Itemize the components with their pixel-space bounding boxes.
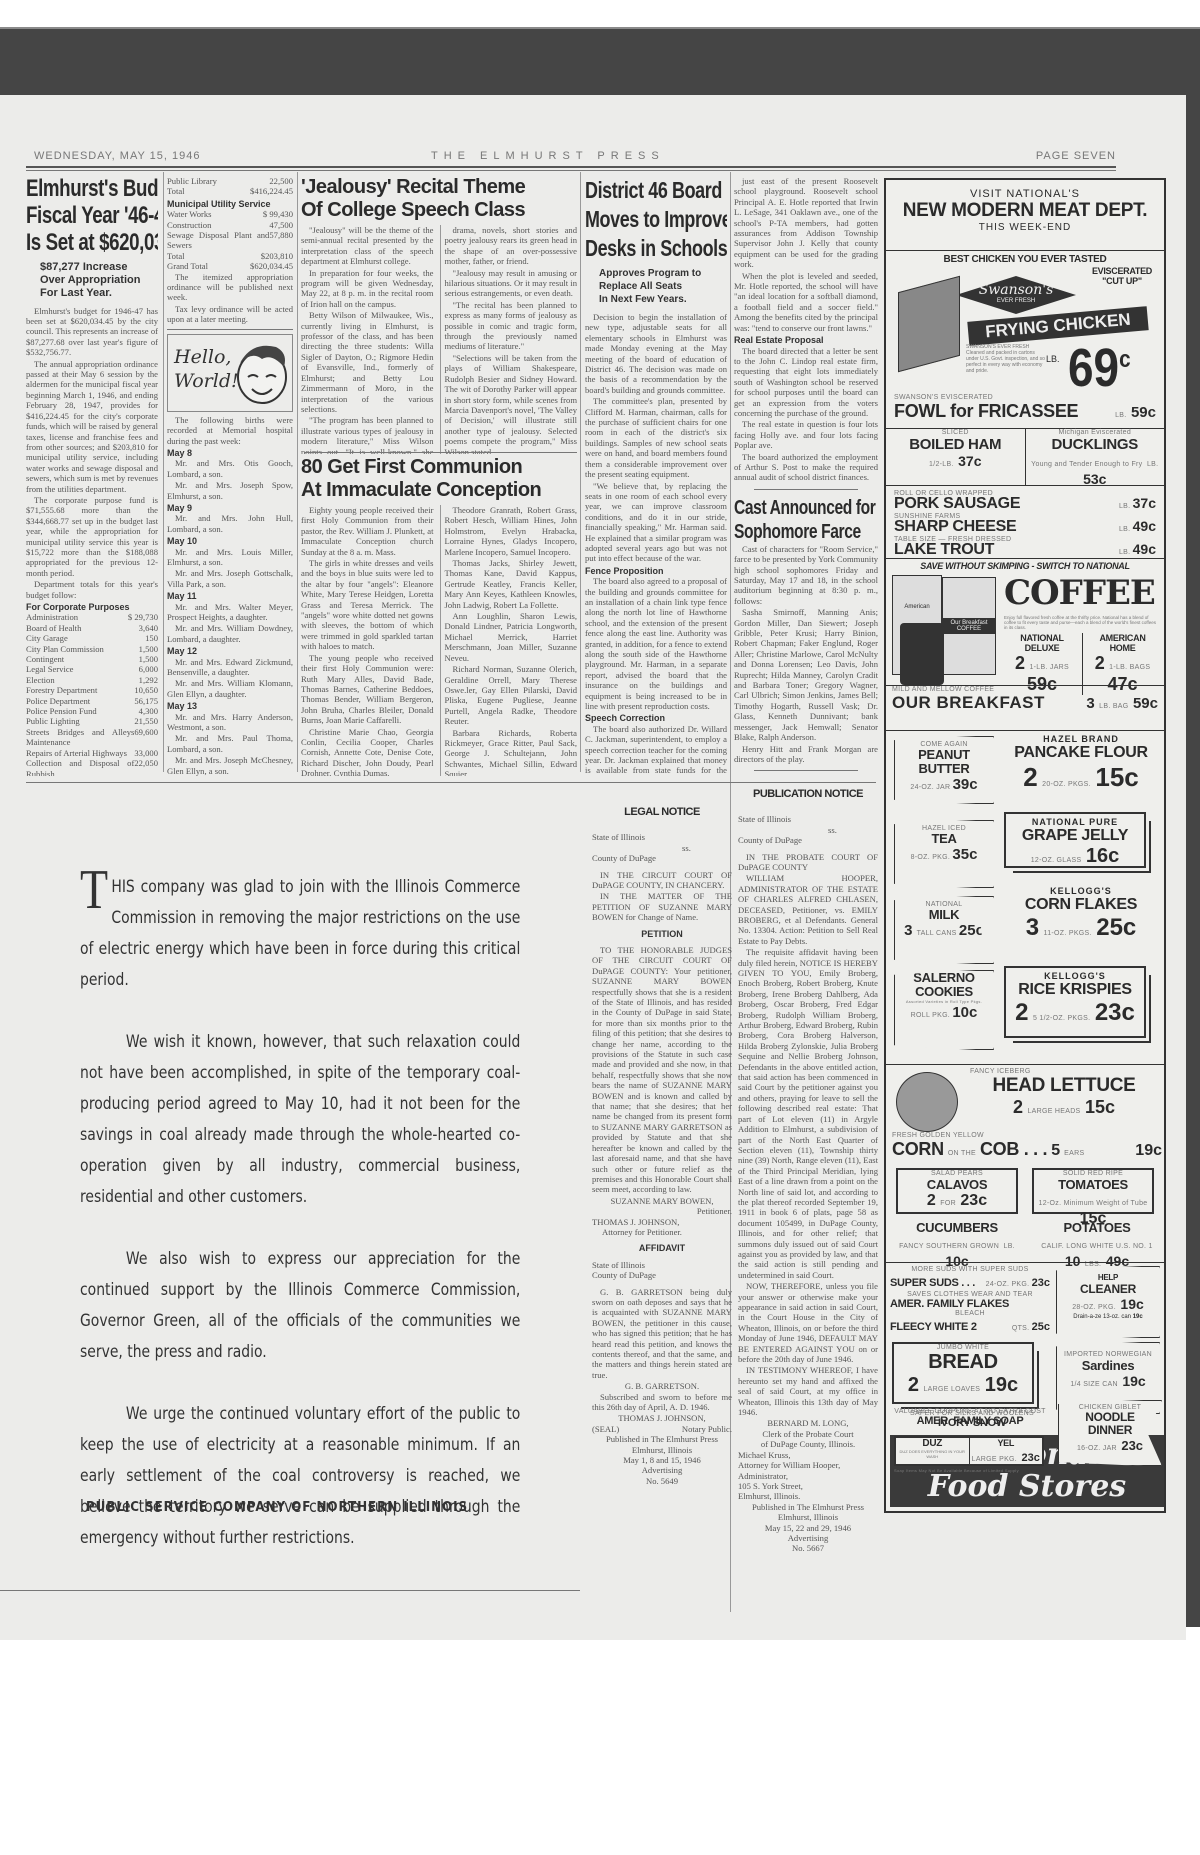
- meat-unit: LB.: [1119, 503, 1133, 510]
- row-label: Legal Service: [26, 664, 73, 674]
- national-food-stores-ad: VISIT NATIONAL'S NEW MODERN MEAT DEPT. T…: [884, 178, 1166, 1513]
- birth-entry: Mr. and Mrs. Joseph Spow, Elmhurst, a so…: [167, 480, 293, 501]
- grape-jelly-item: NATIONAL PURE GRAPE JELLY 12-OZ. GLASS 1…: [1004, 812, 1146, 868]
- noodle-dinner-item: CHICKEN GIBLET NOODLE DINNER 16-OZ. JAR …: [1058, 1400, 1162, 1466]
- flag-name: TEA: [895, 832, 993, 846]
- budget-row: Total$416,224.45: [167, 186, 293, 196]
- flag-name: COOKIES: [895, 985, 993, 999]
- row-amount: 3,640: [139, 623, 158, 633]
- row-amount: 57,880: [269, 230, 293, 251]
- budget-row: City Plan Commission1,500: [26, 644, 158, 654]
- budget-row: Grand Total$620,034.45: [167, 261, 293, 271]
- soap-label: BLEACH: [890, 1310, 1050, 1317]
- row-label: Election: [26, 675, 55, 685]
- budget-row: Police Department56,175: [26, 696, 158, 706]
- budget-continued: Public Library22,500Total$416,224.45 Mun…: [167, 176, 293, 776]
- meat-price: 49c: [1133, 518, 1156, 534]
- corn-flakes-item: KELLOGG'S CORN FLAKES 3 11-OZ. PKGS. 25c: [996, 886, 1166, 942]
- pancake-flour-item: HAZEL BRAND PANCAKE FLOUR 2 20-OZ. PKGS.…: [996, 734, 1166, 793]
- budget-row: Construction47,500: [167, 220, 293, 230]
- soap-unit: 24-OZ. PKG.: [986, 1281, 1032, 1288]
- flag-item: SALERNOCOOKIESAssorted Varieties in Roll…: [894, 970, 994, 1050]
- corn-item: FRESH GOLDEN YELLOW CORN ON THE COB . . …: [892, 1132, 1162, 1160]
- birth-entry: Mr. and Mrs. William Klomann, Glen Ellyn…: [167, 678, 293, 699]
- meat-price: 37c: [1133, 495, 1156, 511]
- row-label: Contingent: [26, 654, 64, 664]
- cucumbers-potatoes-row: CUCUMBERS FANCY SOUTHERN GROWN LB. 10c P…: [886, 1220, 1164, 1260]
- potatoes-item: POTATOES CALIF. LONG WHITE U.S. NO. 1 10…: [1032, 1220, 1162, 1271]
- coffee-promo: SAVE WITHOUT SKIMPING - SWITCH TO NATION…: [886, 558, 1164, 728]
- bread-item: JUMBO WHITE BREAD 2 LARGE LOAVES 19c: [892, 1342, 1034, 1404]
- soap-row: FLEECY WHITE 2QTS. 25c: [890, 1317, 1050, 1335]
- flag-name: PEANUT: [895, 748, 993, 762]
- jealousy-headline: 'Jealousy' Recital Theme Of College Spee…: [301, 176, 577, 222]
- head-lettuce-item: FANCY ICEBERG HEAD LETTUCE 2 LARGE HEADS…: [966, 1068, 1162, 1118]
- coffee-title: COFFEE: [1004, 573, 1155, 613]
- soap-list: MORE SUDS WITH SUPER SUDSSUPER SUDS . . …: [890, 1266, 1050, 1335]
- row-label: Public Library: [167, 176, 217, 186]
- budget-headline: Elmhurst's Budget Fiscal Year '46-47- Is…: [26, 176, 129, 257]
- newspaper-name: THE ELMHURST PRESS: [431, 150, 665, 162]
- meat-list: ROLL OR CELLO WRAPPEDPORK SAUSAGELB. 37c…: [886, 490, 1164, 559]
- utility-budget-table: Water Works$ 99,430Construction47,500Sew…: [167, 209, 293, 271]
- row-amount: $416,224.45: [250, 186, 293, 196]
- soap-item: SAVES CLOTHES WEAR AND TEARAMER. FAMILY …: [890, 1291, 1050, 1310]
- column-divider: [163, 172, 164, 772]
- meat-item: TABLE SIZE — FRESH DRESSEDLAKE TROUTLB. …: [894, 536, 1156, 559]
- meat-price: 49c: [1133, 541, 1156, 557]
- our-breakfast-coffee: MILD AND MELLOW COFFEE OUR BREAKFAST 3 L…: [886, 685, 1164, 713]
- budget-row: Administration$ 29,730: [26, 612, 158, 622]
- flag-name: BUTTER: [895, 762, 993, 776]
- jealousy-article: 'Jealousy' Recital Theme Of College Spee…: [301, 176, 577, 454]
- row-label: Water Works: [167, 209, 212, 219]
- row-amount: 1,292: [139, 675, 158, 685]
- row-amount: 4,300: [139, 706, 158, 716]
- row-amount: 22,050: [134, 758, 158, 776]
- row-label: Police Pension Fund: [26, 706, 97, 716]
- duz-yel-item: DUZ DUZ DOES EVERYTHING IN YOUR WASH YEL…: [894, 1436, 1044, 1466]
- budget-row: Election1,292: [26, 675, 158, 685]
- birth-entry: Mr. and Mrs. William Dowdney, Lombard, a…: [167, 623, 293, 644]
- row-label: Sewage Disposal Plant and Sewers: [167, 230, 269, 251]
- communion-headline: 80 Get First Communion At Immaculate Con…: [301, 456, 577, 502]
- flag-price: 39c: [953, 776, 978, 793]
- coffee-jars-image: American Our BreakfastCOFFEE: [892, 575, 992, 685]
- row-amount: 150: [145, 633, 158, 643]
- row-amount: 6,000: [139, 664, 158, 674]
- flag-unit: ROLL PKG.: [911, 1012, 953, 1019]
- corporate-heading: For Corporate Purposes: [26, 602, 158, 612]
- flag-item: COME AGAINPEANUTBUTTER24-OZ. JAR 39c: [894, 736, 994, 804]
- flag-item: HAZEL ICEDTEA8-OZ. PKG. 35c: [894, 820, 994, 888]
- row-amount: $ 99,430: [263, 209, 293, 219]
- row-amount: 69,600: [134, 727, 158, 748]
- soap-row: SUPER SUDS . . .24-OZ. PKG. 23c: [890, 1273, 1050, 1291]
- meat-price-group: LB. 49c: [1119, 541, 1156, 559]
- flag-price-row: 3 TALL CANS 25c: [895, 922, 993, 940]
- flag-unit: 24-OZ. JAR: [910, 784, 952, 791]
- row-label: Streets Bridges and Alleys Maintenance: [26, 727, 134, 748]
- district-headline: District 46 Board Moves to Improve Desks…: [585, 176, 696, 263]
- birth-entry: Mr. and Mrs. Paul Thoma, Lombard, a son.: [167, 733, 293, 754]
- meat-row: PORK SAUSAGELB. 37c: [894, 495, 1156, 513]
- row-label: Total: [167, 251, 185, 261]
- district-continued: just east of the present Roosevelt schoo…: [734, 176, 878, 776]
- row-amount: $203,810: [261, 251, 293, 261]
- row-amount: 33,000: [134, 748, 158, 758]
- birth-entry: Mr. and Mrs. Harry Anderson, Westmont, a…: [167, 712, 293, 733]
- drop-cap: T: [80, 870, 108, 910]
- row-label: Collection and Disposal of Rubbish: [26, 758, 134, 776]
- birth-entry: Mr. and Mrs. John Hull, Lombard, a son.: [167, 513, 293, 534]
- budget-deck: $87,277 Increase Over Appropriation For …: [40, 261, 158, 300]
- births-list: May 8Mr. and Mrs. Otis Gooch, Lombard, a…: [167, 448, 293, 776]
- birth-entry: Mr. and Mrs. Otis Gooch, Lombard, a son.: [167, 458, 293, 479]
- flag-name: MILK: [895, 908, 993, 922]
- budget-row: Water Works$ 99,430: [167, 209, 293, 219]
- birth-entry: Mr. and Mrs. Louis Miller, Elmhurst, a s…: [167, 547, 293, 568]
- row-label: City Plan Commission: [26, 644, 104, 654]
- utility-ad: THIS company was glad to join with the I…: [80, 872, 520, 1585]
- swanson-logo: Swanson's EVER FRESH: [956, 276, 1076, 314]
- section-divider: [26, 782, 876, 783]
- calavos-item: SALAD PEARS CALAVOS 2 FOR 23c: [896, 1168, 1018, 1214]
- birth-entry: Mr. and Mrs. Joseph McChesney, Glen Elly…: [167, 755, 293, 776]
- utility-heading: Municipal Utility Service: [167, 199, 293, 209]
- meat-row: LAKE TROUTLB. 49c: [894, 541, 1156, 559]
- column-divider: [580, 172, 581, 772]
- produce-section: FANCY ICEBERG HEAD LETTUCE 2 LARGE HEADS…: [886, 1068, 1164, 1218]
- budget-article: Elmhurst's Budget Fiscal Year '46-47- Is…: [26, 176, 158, 776]
- birth-entry: Mr. and Mrs. Edward Zickmund, Bensenvill…: [167, 657, 293, 678]
- flag-price-row: 8-OZ. PKG. 35c: [895, 846, 993, 864]
- budget-row: Collection and Disposal of Rubbish22,050: [26, 758, 158, 776]
- row-label: Public Lighting: [26, 716, 80, 726]
- row-amount: 21,550: [134, 716, 158, 726]
- row-label: Total: [167, 186, 185, 196]
- budget-row: Police Pension Fund4,300: [26, 706, 158, 716]
- meat-item: SUNSHINE FARMSSHARP CHEESELB. 49c: [894, 513, 1156, 536]
- birth-entry: Mr. and Mrs. Joseph Gottschalk, Villa Pa…: [167, 568, 293, 589]
- row-label: Board of Health: [26, 623, 81, 633]
- soap-price-group: QTS. 25c: [1012, 1317, 1050, 1335]
- communion-article: 80 Get First Communion At Immaculate Con…: [301, 456, 577, 776]
- page-number: PAGE SEVEN: [1036, 150, 1116, 162]
- row-label: Repairs of Arterial Highways: [26, 748, 127, 758]
- budget-row: Public Lighting21,550: [26, 716, 158, 726]
- lettuce-image: [896, 1072, 958, 1132]
- masthead-rule-thin: [26, 170, 1116, 171]
- budget-row: City Garage150: [26, 633, 158, 643]
- budget-row: Public Library22,500: [167, 176, 293, 186]
- flag-item: NATIONALMILK3 TALL CANS 25c: [894, 896, 994, 964]
- soap-item: BLEACHFLEECY WHITE 2QTS. 25c: [890, 1310, 1050, 1335]
- library-total-table: Public Library22,500Total$416,224.45: [167, 176, 293, 197]
- budget-row: Streets Bridges and Alleys Maintenance69…: [26, 727, 158, 748]
- issue-date: WEDNESDAY, MAY 15, 1946: [34, 150, 200, 162]
- meat-price-group: LB. 49c: [1119, 518, 1156, 536]
- flag-price: 10c: [952, 1004, 977, 1021]
- flag-qty: 3: [904, 922, 917, 939]
- row-label: Grand Total: [167, 261, 208, 271]
- cast-headline: Cast Announced for Sophomore Farce: [734, 496, 846, 544]
- flag-name: SALERNO: [895, 971, 993, 985]
- budget-row: Contingent1,500: [26, 654, 158, 664]
- row-amount: 1,500: [139, 644, 158, 654]
- soap-name: SUPER SUDS . . .: [890, 1277, 975, 1289]
- row-amount: 56,175: [134, 696, 158, 706]
- cucumbers-item: CUCUMBERS FANCY SOUTHERN GROWN LB. 10c: [896, 1220, 1018, 1271]
- ham-ducklings-row: SLICED BOILED HAM 1/2-LB. 37c Michigan E…: [886, 428, 1164, 486]
- row-label: Police Department: [26, 696, 90, 706]
- budget-row: Repairs of Arterial Highways33,000: [26, 748, 158, 758]
- budget-row: Legal Service6,000: [26, 664, 158, 674]
- meat-unit: LB.: [1119, 549, 1133, 556]
- soap-price: 25c: [1032, 1321, 1050, 1333]
- meat-dept-header: VISIT NATIONAL'S NEW MODERN MEAT DEPT. T…: [886, 188, 1164, 233]
- bottom-rule: [0, 1590, 580, 1591]
- birth-date: May 11: [167, 591, 293, 601]
- row-label: Administration: [26, 612, 78, 622]
- column-divider: [297, 172, 298, 772]
- masthead-rule: [26, 166, 1116, 168]
- soap-label: MORE SUDS WITH SUPER SUDS: [890, 1266, 1050, 1273]
- legal-notice: LEGAL NOTICE State of Illinois ss. Count…: [592, 806, 732, 1626]
- soap-name: FLEECY WHITE 2: [890, 1321, 977, 1333]
- birth-date: May 10: [167, 536, 293, 546]
- row-label: Forestry Department: [26, 685, 97, 695]
- fowl-item: SWANSON'S EVISCERATED FOWL for FRICASSEE…: [886, 394, 1164, 422]
- row-amount: 22,500: [269, 176, 293, 186]
- section-divider: [305, 452, 577, 453]
- meat-unit: LB.: [1119, 526, 1133, 533]
- flag-price-row: ROLL PKG. 10c: [895, 1004, 993, 1022]
- district-deck: Approves Program to Replace All Seats In…: [599, 267, 727, 306]
- soap-row: AMER. FAMILY FLAKES: [890, 1298, 1050, 1310]
- meat-name: LAKE TROUT: [894, 541, 994, 559]
- budget-row: Board of Health3,640: [26, 623, 158, 633]
- district-article: District 46 Board Moves to Improve Desks…: [585, 176, 727, 776]
- flag-unit: 8-OZ. PKG.: [911, 854, 953, 861]
- birth-entry: Mr. and Mrs. Walter Meyer, Prospect Heig…: [167, 602, 293, 623]
- baby-face-icon: [232, 339, 290, 407]
- chicken-package-image: [898, 276, 960, 373]
- soap-price: 23c: [1032, 1277, 1050, 1289]
- meat-price-group: LB. 37c: [1119, 495, 1156, 513]
- row-amount: $620,034.45: [250, 261, 293, 271]
- meat-item: ROLL OR CELLO WRAPPEDPORK SAUSAGELB. 37c: [894, 490, 1156, 513]
- birth-date: May 12: [167, 646, 293, 656]
- soap-name: AMER. FAMILY FLAKES: [890, 1298, 1009, 1310]
- laundry-noodle-row: SAFER FOR SILKS AND WOOLENS IVORY SNOW D…: [888, 1414, 1166, 1474]
- soap-unit: QTS.: [1012, 1325, 1032, 1332]
- birth-date: May 13: [167, 701, 293, 711]
- soap-price-group: 24-OZ. PKG. 23c: [986, 1273, 1050, 1291]
- meat-name: PORK SAUSAGE: [894, 495, 1020, 513]
- row-amount: 10,650: [134, 685, 158, 695]
- budget-row: Forestry Department10,650: [26, 685, 158, 695]
- chicken-price: 69c: [1068, 332, 1131, 396]
- soap-label: SAVES CLOTHES WEAR AND TEAR: [890, 1291, 1050, 1298]
- row-amount: 1,500: [139, 654, 158, 664]
- utility-ad-signature: PUBLIC SERVICE COMPANY OF NORTHERN ILLIN…: [86, 1500, 468, 1515]
- births-logo: Hello, World!: [167, 334, 293, 412]
- soap-item: MORE SUDS WITH SUPER SUDSSUPER SUDS . . …: [890, 1266, 1050, 1291]
- budget-row: Total$203,810: [167, 251, 293, 261]
- row-label: City Garage: [26, 633, 68, 643]
- birth-date: May 9: [167, 503, 293, 513]
- budget-row: Sewage Disposal Plant and Sewers57,880: [167, 230, 293, 251]
- meat-name: SHARP CHEESE: [894, 518, 1016, 536]
- corporate-budget-table: Administration$ 29,730Board of Health3,6…: [26, 612, 158, 776]
- flag-price: 25c: [959, 922, 984, 939]
- publication-notice: PUBLICATION NOTICE State of Illinois ss.…: [738, 788, 878, 1628]
- row-amount: $ 29,730: [128, 612, 158, 622]
- flag-price: 35c: [952, 846, 977, 863]
- meat-row: SHARP CHEESELB. 49c: [894, 518, 1156, 536]
- flag-unit: TALL CANS: [917, 930, 959, 937]
- frying-chicken-promo: BEST CHICKEN YOU EVER TASTED EVISCERATED…: [886, 254, 1164, 394]
- help-cleaner-item: HELP CLEANER 28-OZ. PKG. 19c Drain-a-ze …: [1056, 1266, 1160, 1338]
- row-label: Construction: [167, 220, 211, 230]
- row-amount: 47,500: [269, 220, 293, 230]
- birth-date: May 8: [167, 448, 293, 458]
- tomatoes-item: SOLID RED RIPE TOMATOES 12-Oz. Minimum W…: [1032, 1168, 1154, 1214]
- flag-price-row: 24-OZ. JAR 39c: [895, 776, 993, 794]
- rice-krispies-item: KELLOGG'S RICE KRISPIES 2 5 1/2-OZ. PKGS…: [1004, 966, 1146, 1038]
